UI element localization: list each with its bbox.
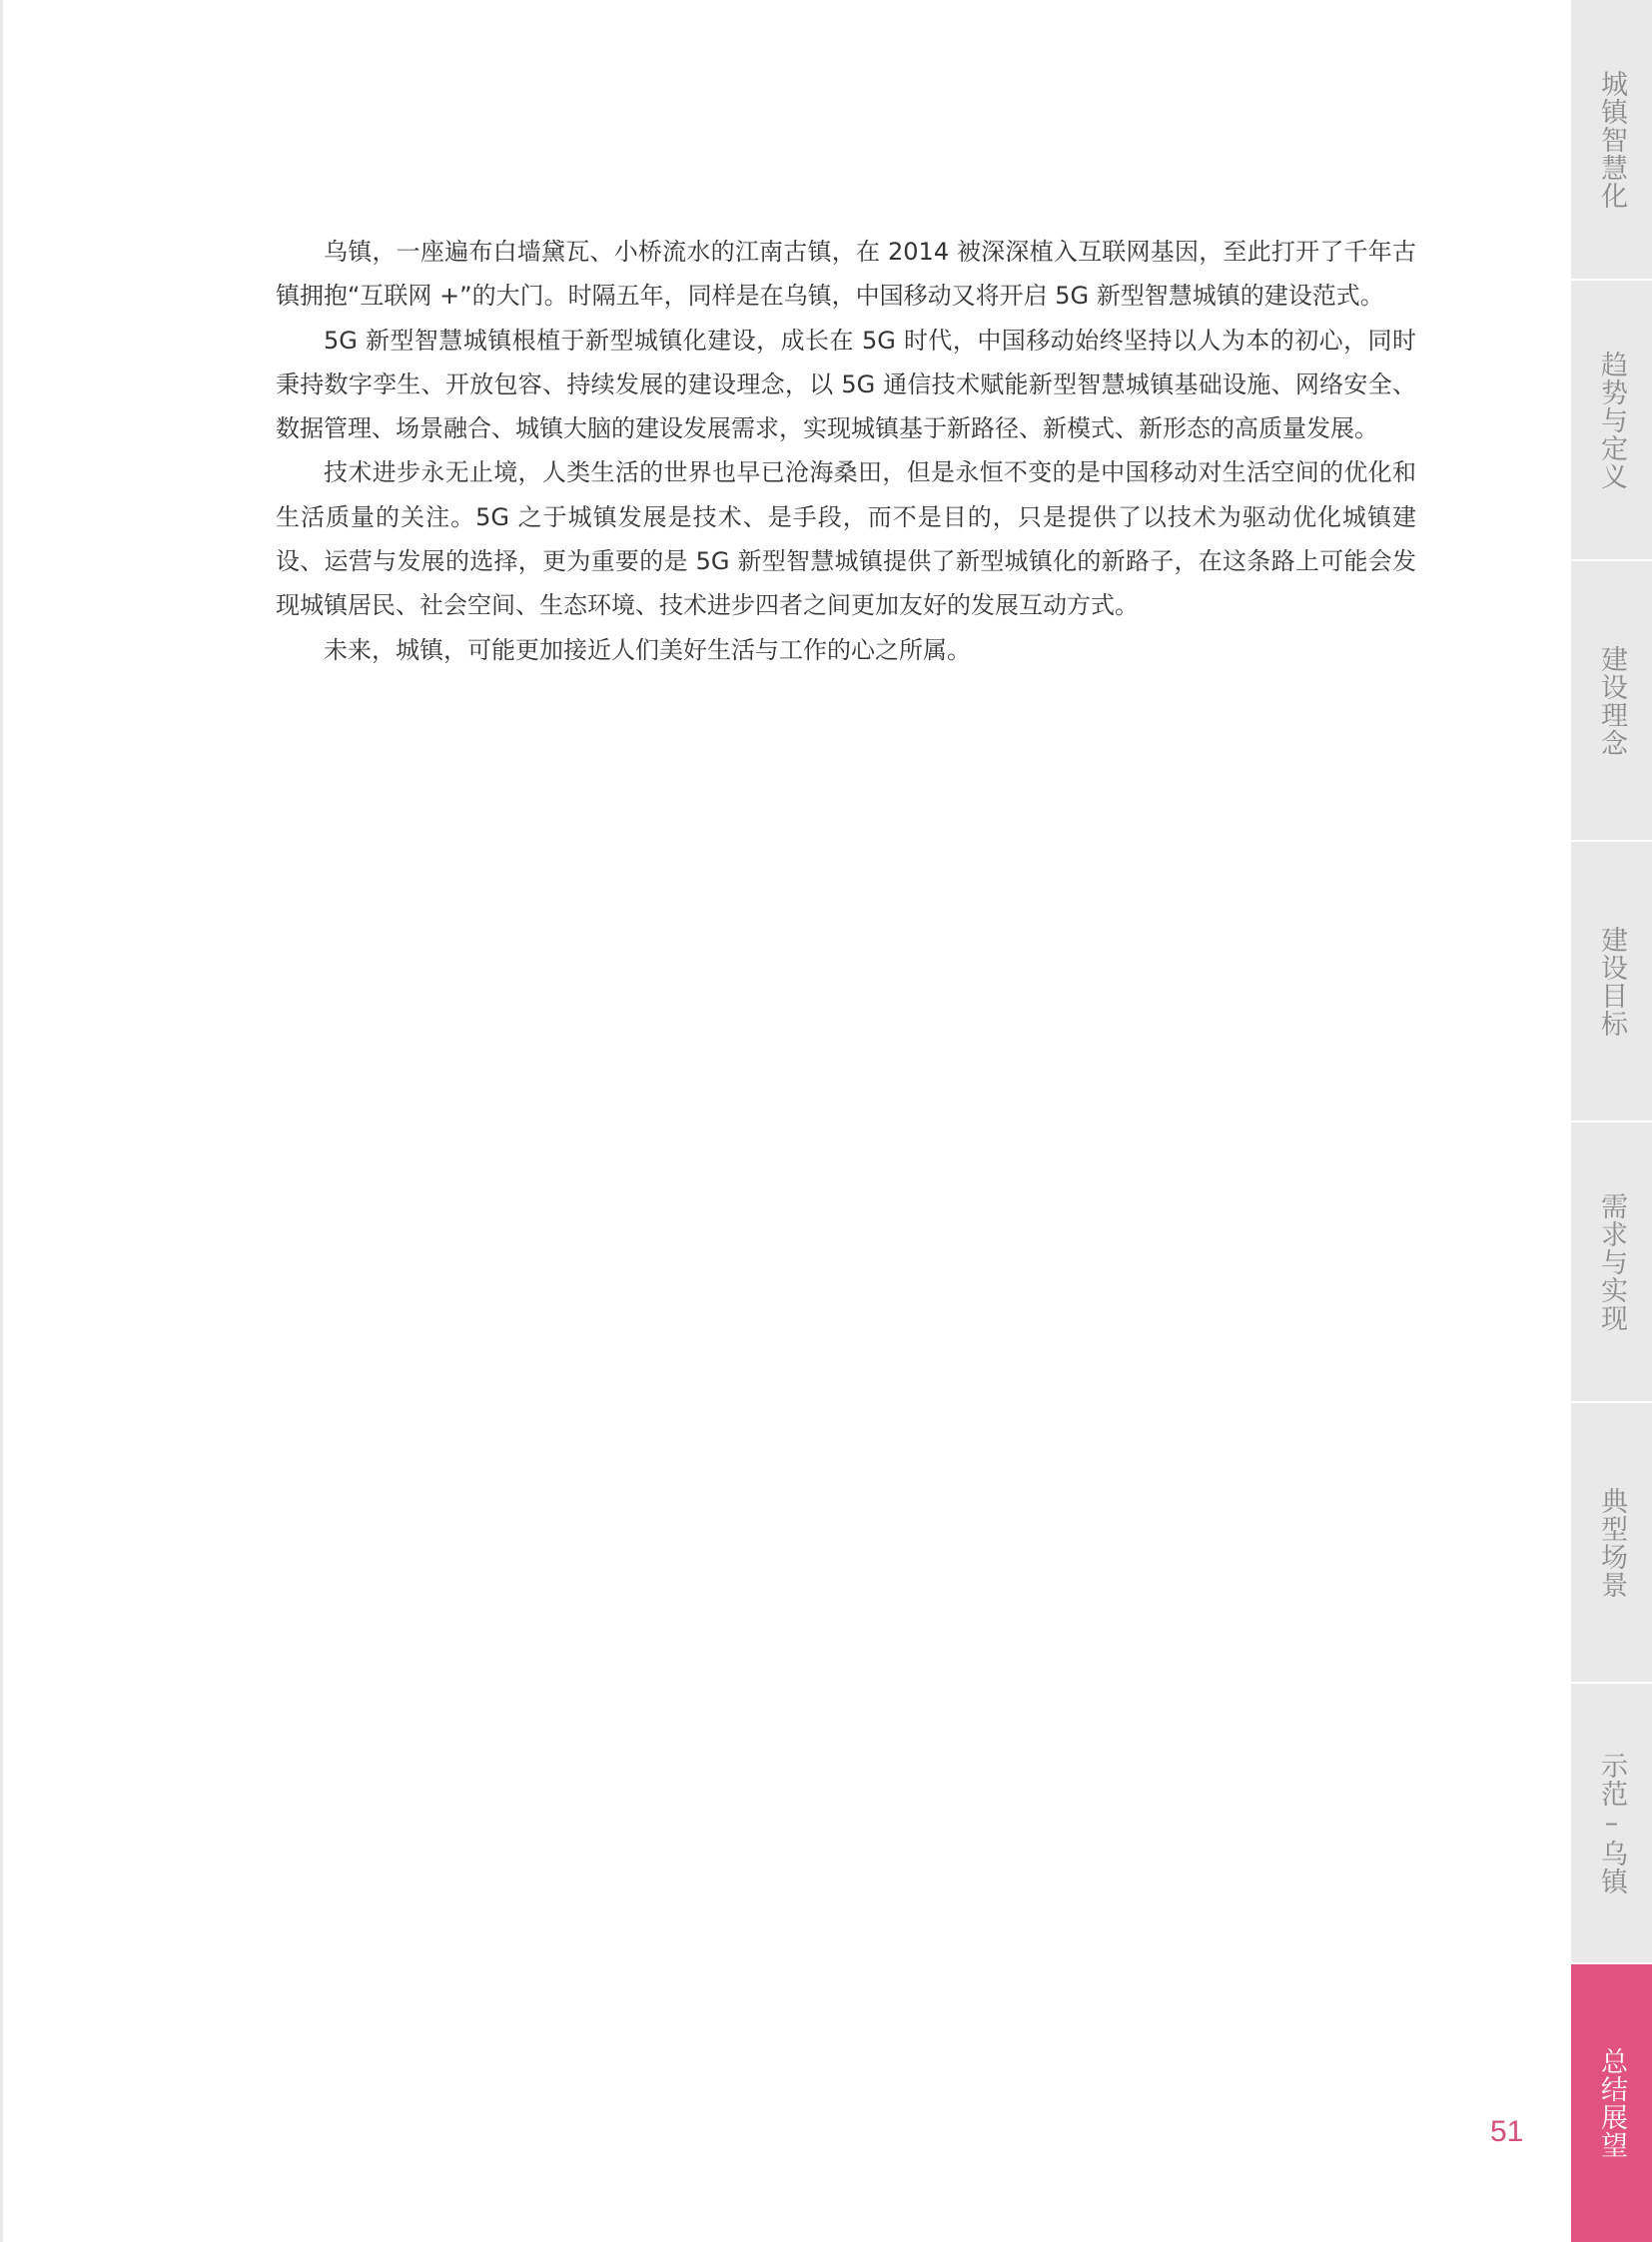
tab-label: 建设理念 [1592, 645, 1631, 757]
tab-construction-goals[interactable]: 建设目标 [1571, 842, 1652, 1122]
tab-demo-wuzhen[interactable]: 示范–乌镇 [1571, 1684, 1652, 1964]
paragraph-2: 5G 新型智慧城镇根植于新型城镇化建设，成长在 5G 时代，中国移动始终坚持以人… [276, 319, 1416, 451]
tab-summary-outlook[interactable]: 总结展望 [1571, 1964, 1652, 2242]
tab-label: 典型场景 [1592, 1487, 1631, 1599]
page-number: 51 [1490, 2115, 1523, 2149]
tab-trends-definition[interactable]: 趋势与定义 [1571, 281, 1652, 561]
tab-requirements-implementation[interactable]: 需求与实现 [1571, 1122, 1652, 1403]
tab-label: 建设目标 [1592, 926, 1631, 1038]
tab-urban-intelligence[interactable]: 城镇智慧化 [1571, 0, 1652, 281]
tab-label: 示范–乌镇 [1592, 1752, 1631, 1895]
tab-label: 城镇智慧化 [1592, 70, 1631, 210]
body-text: 乌镇，一座遍布白墙黛瓦、小桥流水的江南古镇，在 2014 被深深植入互联网基因，… [276, 230, 1416, 672]
tab-typical-scenarios[interactable]: 典型场景 [1571, 1403, 1652, 1684]
paragraph-1: 乌镇，一座遍布白墙黛瓦、小桥流水的江南古镇，在 2014 被深深植入互联网基因，… [276, 230, 1416, 319]
paragraph-4: 未来，城镇，可能更加接近人们美好生活与工作的心之所属。 [276, 628, 1416, 672]
tab-label: 趋势与定义 [1592, 351, 1631, 490]
tab-label: 需求与实现 [1592, 1192, 1631, 1332]
chapter-tabs: 城镇智慧化 趋势与定义 建设理念 建设目标 需求与实现 典型场景 示范–乌镇 总… [1571, 0, 1652, 2242]
tab-construction-concept[interactable]: 建设理念 [1571, 561, 1652, 842]
paragraph-3: 技术进步永无止境，人类生活的世界也早已沧海桑田，但是永恒不变的是中国移动对生活空… [276, 450, 1416, 627]
page-edge [0, 0, 3, 2242]
tab-label: 总结展望 [1592, 2047, 1631, 2159]
